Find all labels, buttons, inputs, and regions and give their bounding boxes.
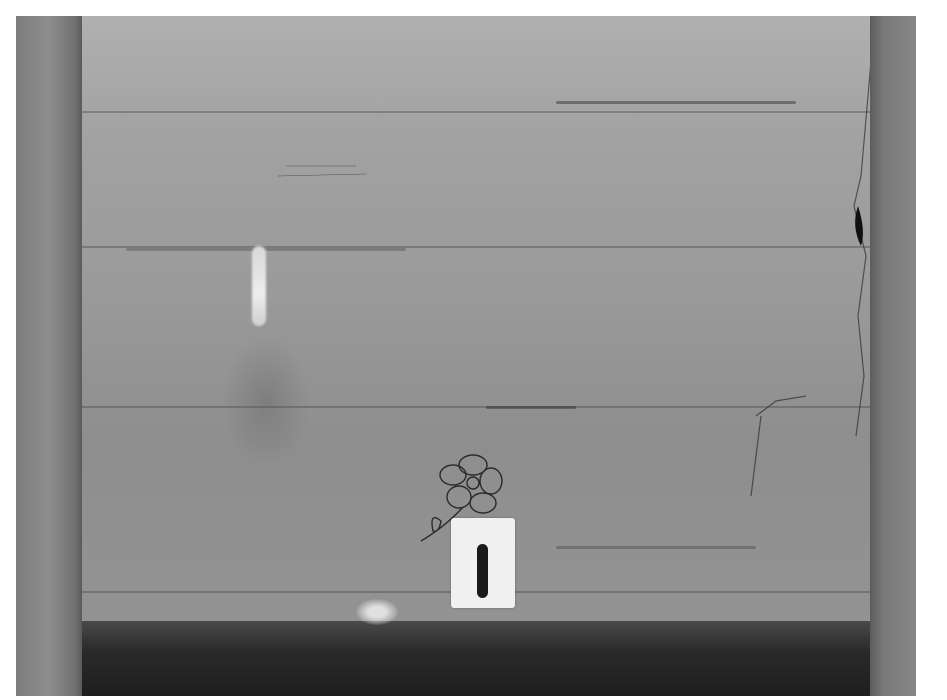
photograph [16,16,916,696]
white-blob [356,599,398,625]
floor [82,621,870,696]
slot-plate [451,518,515,608]
left-wall [16,16,82,696]
right-wall [870,16,916,696]
slot [477,544,488,598]
